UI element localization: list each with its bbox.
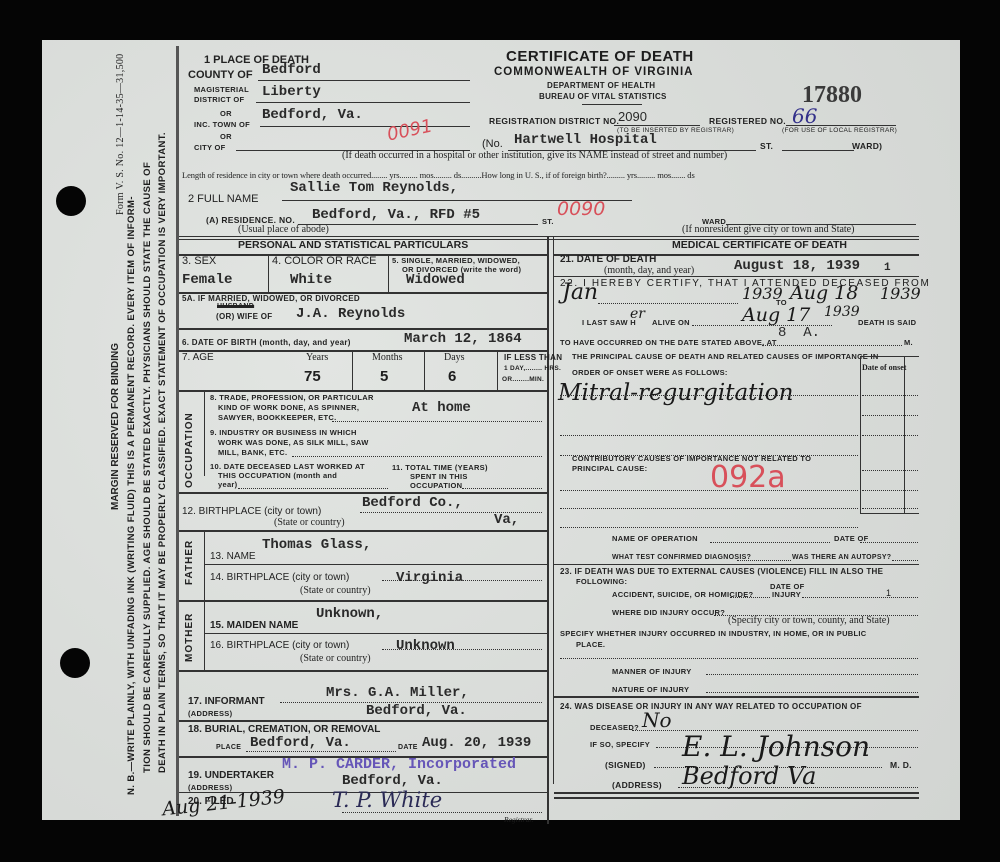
specify-label-2: PLACE. xyxy=(576,640,605,649)
rule xyxy=(179,350,547,352)
father-birthplace-sublabel: (State or country) xyxy=(300,585,371,596)
father-birthplace-label: 14. BIRTHPLACE (city or town) xyxy=(210,572,349,583)
less-than-label-2: 1 DAY,........ HRS. xyxy=(504,365,561,372)
spouse-value: J.A. Reynolds xyxy=(296,306,405,322)
district-value: Liberty xyxy=(262,84,321,100)
total-time-label-2: SPENT IN THIS xyxy=(410,472,468,481)
last-saw-label: I LAST SAW H xyxy=(582,318,636,327)
accident-dotline xyxy=(730,597,770,598)
date-of-death-label: 21. DATE OF DEATH xyxy=(560,254,656,265)
dob-label: 6. DATE OF BIRTH (month, day, and year) xyxy=(182,338,351,347)
contributory-dotline xyxy=(560,527,858,528)
registered-no-label: REGISTERED NO. xyxy=(709,116,786,126)
rule xyxy=(179,600,547,602)
column-divider-bottom xyxy=(547,784,549,824)
margin-reserved-note: MARGIN RESERVED FOR BINDING xyxy=(110,343,121,510)
birthplace-label: 12. BIRTHPLACE (city or town) xyxy=(182,506,321,517)
informant-name: Mrs. G.A. Miller, xyxy=(326,685,469,701)
age-years-value: 75 xyxy=(304,368,321,385)
external-label-2: FOLLOWING: xyxy=(576,577,627,586)
district-line xyxy=(256,102,470,103)
rule xyxy=(554,276,919,277)
burial-place-label: PLACE xyxy=(216,744,241,751)
column-divider xyxy=(547,236,549,784)
binding-hole-top xyxy=(56,186,86,216)
time-of-death: 8 A. xyxy=(778,325,820,341)
rule xyxy=(554,792,919,794)
trade-label-3: SAWYER, BOOKKEEPER, ETC. xyxy=(218,413,336,422)
father-name-value: Thomas Glass, xyxy=(262,537,371,553)
last-worked-label-1: 10. DATE DECEASED LAST WORKED AT xyxy=(210,462,365,471)
trade-label-1: 8. TRADE, PROFESSION, OR PARTICULAR xyxy=(210,393,374,402)
injury-label: INJURY xyxy=(772,590,801,599)
rule xyxy=(179,720,547,722)
reg-district-line xyxy=(614,125,700,126)
rule xyxy=(268,254,269,292)
principal-cause-label-2: ORDER OF ONSET WERE AS FOLLOWS: xyxy=(572,368,728,377)
district-label-2: DISTRICT OF xyxy=(194,95,244,104)
attended-to-value: Aug 18 xyxy=(790,282,858,304)
informant-address: Bedford, Va. xyxy=(366,703,467,719)
contributory-dotline xyxy=(560,508,858,509)
alive-on-label: ALIVE ON xyxy=(652,318,690,327)
where-label: WHERE DID INJURY OCCUR? xyxy=(612,608,725,617)
residence-note: (Usual place of abode) xyxy=(238,224,329,235)
registrar-signature: T. P. White xyxy=(332,788,442,812)
last-saw-date: Aug 17 xyxy=(742,304,810,326)
operation-label: NAME OF OPERATION xyxy=(612,534,698,543)
physician-address: Bedford Va xyxy=(682,762,816,790)
occupation-related-label: 24. WAS DISEASE OR INJURY IN ANY WAY REL… xyxy=(560,702,862,711)
mother-birthplace-dotline xyxy=(382,649,542,650)
undertaker-label: 19. UNDERTAKER xyxy=(188,770,274,781)
death-certificate: Form V. S. No. 12—1-14-35—31,500 MARGIN … xyxy=(42,40,960,820)
md-label: M. D. xyxy=(890,760,912,770)
frame-left xyxy=(176,46,179,816)
attended-to-year: 1939 xyxy=(880,284,921,303)
age-years-label: Years xyxy=(306,352,328,363)
or-label-2: OR xyxy=(220,132,232,141)
rule xyxy=(179,390,547,392)
industry-dotline xyxy=(292,456,542,457)
rule xyxy=(204,564,547,565)
death-said-label: DEATH IS SAID xyxy=(858,318,916,327)
form-code: Form V. S. No. 12—1-14-35—31,500 xyxy=(115,54,126,215)
sex-value: Female xyxy=(182,272,232,288)
age-days-label: Days xyxy=(444,352,465,363)
institution-note: (If death occurred in a hospital or othe… xyxy=(342,150,727,161)
age-months-value: 5 xyxy=(380,368,388,385)
nature-dotline xyxy=(706,692,918,693)
last-worked-dotline xyxy=(238,488,388,489)
burial-place-value: Bedford, Va. xyxy=(250,735,351,751)
county-line xyxy=(258,80,470,81)
instructions-line-3: DEATH IN PLAIN TERMS, SO THAT IT MAY BE … xyxy=(157,132,168,795)
residence-code-annotation: 0090 xyxy=(557,198,605,220)
onset-dotline xyxy=(862,470,918,471)
registered-no-note: (FOR USE OF LOCAL REGISTRAR) xyxy=(782,127,897,134)
nonresident-note: (If nonresident give city or town and St… xyxy=(682,224,854,235)
specify-label-1: SPECIFY WHETHER INJURY OCCURRED IN INDUS… xyxy=(560,629,867,638)
registration-district-label: REGISTRATION DISTRICT NO. xyxy=(489,116,619,126)
rule xyxy=(424,352,425,390)
spouse-label-1: 5A. IF MARRIED, WIDOWED, OR DIVORCED xyxy=(182,294,360,303)
mother-name-value: Unknown, xyxy=(316,606,383,622)
birthplace-sublabel: (State or country) xyxy=(274,517,345,528)
principal-cause-value: Mitral-regurgitation xyxy=(558,380,793,406)
manner-label: MANNER OF INJURY xyxy=(612,667,692,676)
onset-dotline xyxy=(862,435,918,436)
address-dotline xyxy=(678,787,918,788)
certificate-title: CERTIFICATE OF DEATH xyxy=(506,48,694,65)
county-value: Bedford xyxy=(262,62,321,78)
burial-date-label: DATE xyxy=(398,744,418,751)
manner-dotline xyxy=(706,674,918,675)
mother-birthplace-value: Unknown xyxy=(396,638,455,654)
birthplace-state: Va, xyxy=(494,512,519,528)
last-saw-year: 1939 xyxy=(824,304,860,320)
mother-birthplace-sublabel: (State or country) xyxy=(300,653,371,664)
onset-dotline xyxy=(862,508,918,509)
industry-label-2: WORK WAS DONE, AS SILK MILL, SAW xyxy=(218,438,369,447)
town-label: INC. TOWN OF xyxy=(194,120,250,129)
principal-cause-label-1: THE PRINCIPAL CAUSE OF DEATH AND RELATED… xyxy=(572,352,879,361)
department-label: DEPARTMENT OF HEALTH xyxy=(547,81,655,90)
m-label: M. xyxy=(904,338,913,347)
operation-date-dotline xyxy=(860,542,918,543)
autopsy-dotline xyxy=(892,560,918,561)
informant-label: 17. INFORMANT xyxy=(188,696,265,707)
institution-no-label: (No. xyxy=(482,138,503,150)
city-code-annotation: 0091 xyxy=(385,115,434,145)
specify-dotline xyxy=(560,658,918,659)
residence-length-line: Length of residence in city or town wher… xyxy=(182,170,695,180)
rule xyxy=(179,530,547,532)
total-time-dotline xyxy=(462,488,542,489)
contributory-dotline xyxy=(560,490,858,491)
spouse-struck-husband: HUSBAND xyxy=(217,303,254,310)
rule xyxy=(554,564,919,565)
residence-line xyxy=(298,224,538,225)
rule xyxy=(388,254,389,292)
industry-label-3: MILL, BANK, ETC. xyxy=(218,448,287,457)
race-label: 4. COLOR OR RACE xyxy=(272,255,377,267)
less-than-label-3: OR........MIN. xyxy=(502,376,544,383)
last-worked-label-3: year) xyxy=(218,480,237,489)
ward-line xyxy=(782,150,854,151)
total-time-label-3: OCCUPATION xyxy=(410,481,462,490)
father-name-label: 13. NAME xyxy=(210,551,256,562)
registered-no-line xyxy=(786,125,896,126)
burial-label: 18. BURIAL, CREMATION, OR REMOVAL xyxy=(188,724,380,735)
father-birthplace-value: Virginia xyxy=(396,570,463,586)
test-dotline xyxy=(737,560,791,561)
town-line xyxy=(260,126,470,127)
rule xyxy=(179,670,547,672)
full-name-value: Sallie Tom Reynolds, xyxy=(290,180,458,196)
attended-from-value: Jan xyxy=(562,280,598,305)
trade-value: At home xyxy=(412,400,471,416)
father-birthplace-dotline xyxy=(382,580,542,581)
district-label-1: MAGISTERIAL xyxy=(194,85,249,94)
occupation-related-value: No xyxy=(642,708,672,732)
rule xyxy=(204,633,547,634)
trade-dotline xyxy=(332,421,542,422)
title-rule xyxy=(582,104,642,105)
physician-signature: E. L. Johnson xyxy=(682,730,870,763)
external-label-1: 23. IF DEATH WAS DUE TO EXTERNAL CAUSES … xyxy=(560,567,883,576)
bureau-label: BUREAU OF VITAL STATISTICS xyxy=(539,92,667,101)
residence-value: Bedford, Va., RFD #5 xyxy=(312,207,480,223)
injury-date-dotline xyxy=(802,597,918,598)
cause-dotline xyxy=(560,395,858,396)
date-of-death-year-suffix: 1 xyxy=(884,262,891,274)
rule xyxy=(497,352,498,390)
onset-dotline xyxy=(862,415,918,416)
contributory-label-2: PRINCIPAL CAUSE: xyxy=(572,464,647,473)
rule xyxy=(179,328,547,330)
date-of-death-sublabel: (month, day, and year) xyxy=(604,265,694,276)
commonwealth-title: COMMONWEALTH OF VIRGINIA xyxy=(494,66,693,78)
time-dotline xyxy=(762,345,902,346)
total-time-label-1: 11. TOTAL TIME (YEARS) xyxy=(392,463,488,472)
institution-value: Hartwell Hospital xyxy=(514,132,657,148)
date-of-death-value: August 18, 1939 xyxy=(734,258,860,274)
rule xyxy=(204,600,205,670)
dob-value: March 12, 1864 xyxy=(404,331,522,347)
test-label: WHAT TEST CONFIRMED DIAGNOSIS? xyxy=(612,554,751,561)
mother-side-label: MOTHER xyxy=(184,613,195,662)
age-days-value: 6 xyxy=(448,368,456,385)
mother-name-label: 15. MAIDEN NAME xyxy=(210,620,298,631)
signed-label: (SIGNED) xyxy=(605,760,646,770)
rule xyxy=(554,797,919,799)
full-name-label: 2 FULL NAME xyxy=(188,193,259,205)
registrar-dotline xyxy=(342,812,542,813)
occurred-label: TO HAVE OCCURRED ON THE DATE STATED ABOV… xyxy=(560,338,777,347)
last-saw-pronoun: er xyxy=(630,306,645,322)
ward-label: WARD) xyxy=(852,141,882,151)
occupation-side-label: OCCUPATION xyxy=(184,412,195,488)
sex-label: 3. SEX xyxy=(182,255,216,267)
onset-dotline xyxy=(862,490,918,491)
column-divider-inner xyxy=(553,236,554,784)
instructions-line-2: TION SHOULD BE CAREFULLY SUPPLIED. AGE S… xyxy=(142,162,153,795)
less-than-label-1: IF LESS THAN xyxy=(504,353,562,362)
birthplace-city: Bedford Co., xyxy=(362,495,463,511)
rule xyxy=(352,352,353,390)
marital-value: Widowed xyxy=(406,272,465,288)
where-note: (Specify city or town, county, and State… xyxy=(728,615,890,626)
city-label: CITY OF xyxy=(194,143,226,152)
rule xyxy=(554,696,919,698)
or-label-1: OR xyxy=(220,109,232,118)
st-label: ST. xyxy=(760,141,773,151)
burial-date-value: Aug. 20, 1939 xyxy=(422,735,531,751)
operation-dotline xyxy=(710,542,830,543)
attended-from-dotline xyxy=(598,303,738,304)
trade-label-2: KIND OF WORK DONE, AS SPINNER, xyxy=(218,403,359,412)
registration-district-value: 2090 xyxy=(618,109,647,124)
cause-dotline xyxy=(560,435,858,436)
burial-place-dotline xyxy=(246,751,396,752)
informant-address-label: (ADDRESS) xyxy=(188,709,232,718)
undertaker-stamp: M. P. CARDER, Incorporated xyxy=(282,756,516,773)
binding-hole-bottom xyxy=(60,648,90,678)
last-worked-label-2: THIS OCCUPATION (month and xyxy=(218,471,337,480)
father-side-label: FATHER xyxy=(184,540,195,585)
onset-dotline xyxy=(862,395,918,396)
town-value: Bedford, Va. xyxy=(262,107,363,123)
nature-label: NATURE OF INJURY xyxy=(612,685,689,694)
residence-st-label: ST. xyxy=(542,217,554,226)
cause-code-annotation: 092a xyxy=(710,460,786,495)
rule xyxy=(179,492,547,494)
instructions-line-1: N. B.—WRITE PLAINLY, WITH UNFADING INK (… xyxy=(126,196,137,795)
age-label: 7. AGE xyxy=(182,352,214,363)
physician-address-label: (ADDRESS) xyxy=(612,780,662,790)
undertaker-address: Bedford, Va. xyxy=(342,773,443,789)
industry-label-1: 9. INDUSTRY OR BUSINESS IN WHICH xyxy=(210,428,357,437)
if-so-label: IF SO, SPECIFY xyxy=(590,740,650,749)
registrar-label: Registrar. xyxy=(504,815,533,824)
age-months-label: Months xyxy=(372,352,403,363)
personal-particulars-header: PERSONAL AND STATISTICAL PARTICULARS xyxy=(238,239,468,251)
marital-label-1: 5. SINGLE, MARRIED, WIDOWED, xyxy=(392,256,520,265)
rule xyxy=(204,390,205,476)
spouse-label-2: (OR) WIFE OF xyxy=(216,312,272,321)
mother-birthplace-label: 16. BIRTHPLACE (city or town) xyxy=(210,640,349,651)
autopsy-label: WAS THERE AN AUTOPSY? xyxy=(792,554,891,561)
medical-certificate-header: MEDICAL CERTIFICATE OF DEATH xyxy=(672,239,847,251)
county-label: COUNTY OF xyxy=(188,69,253,81)
race-value: White xyxy=(290,272,332,288)
injury-year-prefix: 1 xyxy=(886,588,891,598)
